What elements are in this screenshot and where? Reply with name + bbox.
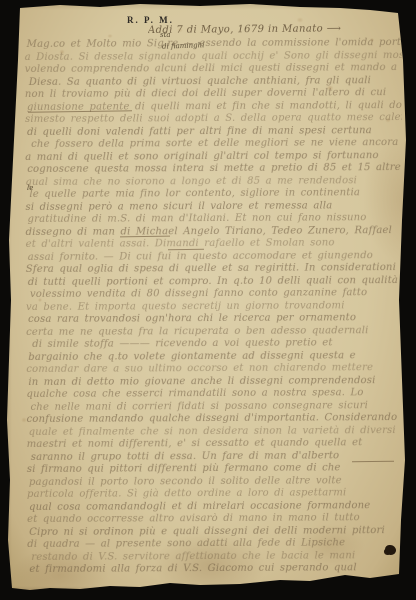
manuscript-body: Mag.co et Molto mio Sig.re — essendo la … xyxy=(25,37,405,576)
collection-stamp: R. P. M. xyxy=(127,15,174,25)
photo-background: R. P. M. Addi 7 di Mayo, 1679 in Manato … xyxy=(0,0,416,600)
manuscript-line: assai fornito. — Di cui fui in questo ac… xyxy=(26,250,403,264)
manuscript-line: che nelle mani di corrieri fidati si pos… xyxy=(26,400,403,414)
manuscript-line: particola offerita. Sì già detto ordine … xyxy=(27,487,404,501)
manuscript-line: che fossero della prima sorte et delle m… xyxy=(25,137,402,151)
manuscript-line: et firmandomi alla forza di V.S. Giacomo… xyxy=(27,562,404,576)
manuscript-line: le quelle parte mia fino lor contento, s… xyxy=(25,187,402,201)
manuscript-line: et quando occorresse altro avisarò di ma… xyxy=(27,512,404,526)
manuscript-line: gratitudine di m.S. di man d'Italiani. E… xyxy=(26,212,403,226)
manuscript-line: di simile stoffa ——— ricevendo a voi que… xyxy=(26,337,403,351)
manuscript-line: comandar dare a suo ultimo occorso et no… xyxy=(26,362,403,376)
manuscript-line: volendo comprendendo alcuni delli mici q… xyxy=(25,62,402,76)
manuscript-paper: R. P. M. Addi 7 di Mayo, 1679 in Manato … xyxy=(0,0,416,600)
ink-blot xyxy=(385,545,396,555)
manuscript-line: maestri et nomi differenti, e' si cessat… xyxy=(27,437,404,451)
manuscript-date-line: Addi 7 di Mayo, 1679 in Manato ⟶ xyxy=(148,23,388,36)
manuscript-line: restando di V.S. servitore affettionato … xyxy=(27,550,404,564)
manuscript-line: simesto respetto delli suoi adopti a S. … xyxy=(25,112,402,126)
manuscript-line: va bene. Et importa questo secretij un g… xyxy=(26,300,403,314)
